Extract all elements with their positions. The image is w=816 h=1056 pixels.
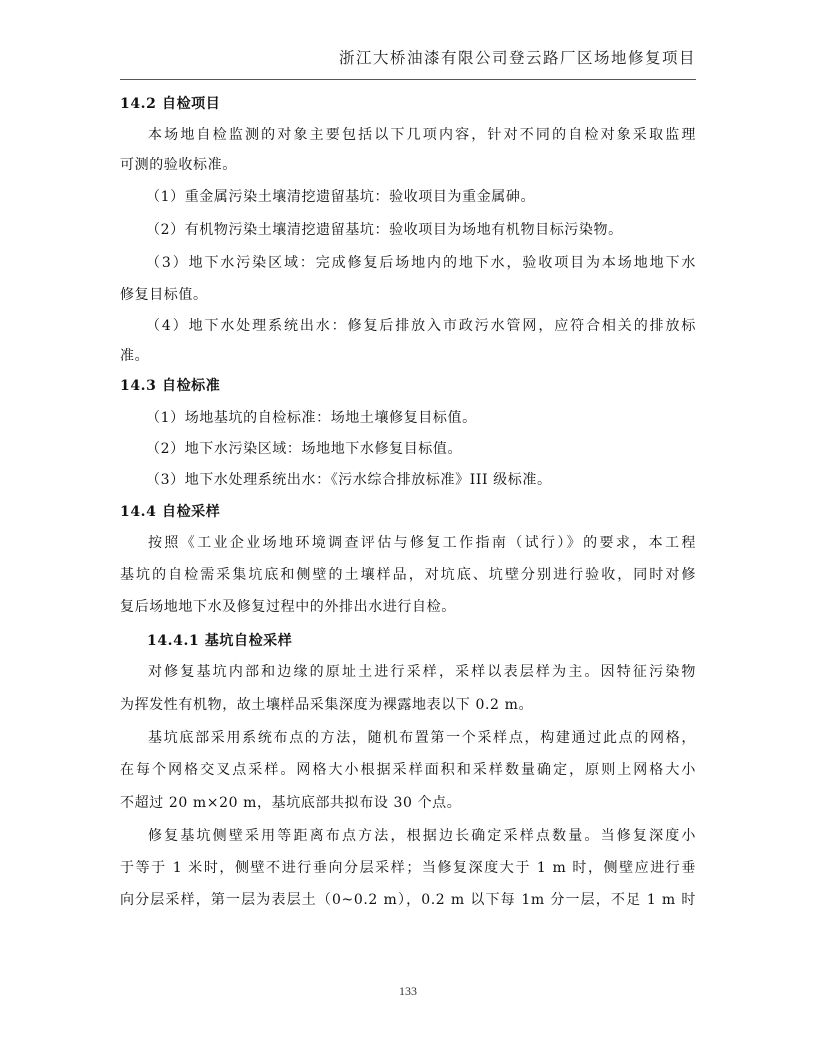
section-heading-14-4: 14.4 自检采样 — [120, 502, 696, 522]
list-item: （3）地下水处理系统出水：《污水综合排放标准》III 级标准。 — [146, 470, 722, 490]
section-heading-14-4-1: 14.4.1 基坑自检采样 — [147, 631, 723, 651]
header-divider — [120, 79, 696, 80]
paragraph-line: 准。 — [120, 346, 696, 366]
header-title: 浙江大桥油漆有限公司登云路厂区场地修复项目 — [339, 46, 696, 68]
paragraph-line: 在每个网格交叉点采样。网格大小根据采样面积和采样数量确定，原则上网格大小 — [120, 760, 696, 780]
paragraph-line: 修复目标值。 — [120, 285, 696, 305]
list-item: （2）地下水污染区域：场地地下水修复目标值。 — [146, 439, 722, 459]
paragraph-line: 为挥发性有机物，故土壤样品采集深度为裸露地表以下 0.2 m。 — [120, 695, 696, 715]
list-item: （1）重金属污染土壤清挖遗留基坑：验收项目为重金属砷。 — [146, 187, 722, 207]
page-number: 133 — [0, 984, 816, 999]
section-heading-14-2: 14.2 自检项目 — [120, 94, 696, 114]
paragraph-line: 于等于 1 米时，侧壁不进行垂向分层采样；当修复深度大于 1 m 时，侧壁应进行… — [120, 858, 696, 878]
section-heading-14-3: 14.3 自检标准 — [120, 376, 696, 396]
paragraph-line: 按照《工业企业场地环境调查评估与修复工作指南（试行）》的要求，本工程 — [148, 533, 696, 553]
paragraph-line: 复后场地地下水及修复过程中的外排出水进行自检。 — [120, 597, 696, 617]
paragraph-line: 基坑的自检需采集坑底和侧壁的土壤样品，对坑底、坑壁分别进行验收，同时对修 — [120, 565, 696, 585]
list-item: （1）场地基坑的自检标准：场地土壤修复目标值。 — [146, 408, 722, 428]
paragraph-line: 修复基坑侧壁采用等距离布点方法，根据边长确定采样点数量。当修复深度小 — [148, 826, 696, 846]
list-item: （4）地下水处理系统出水：修复后排放入市政污水管网，应符合相关的排放标 — [146, 316, 696, 336]
paragraph-line: 不超过 20 m×20 m，基坑底部共拟布设 30 个点。 — [120, 793, 696, 813]
paragraph-line: 本场地自检监测的对象主要包括以下几项内容，针对不同的自检对象采取监理 — [148, 125, 696, 145]
paragraph-line: 向分层采样，第一层为表层土（0~0.2 m），0.2 m 以下每 1m 分一层，… — [120, 890, 696, 910]
list-item: （2）有机物污染土壤清挖遗留基坑：验收项目为场地有机物目标污染物。 — [146, 220, 722, 240]
paragraph-line: 对修复基坑内部和边缘的原址土进行采样，采样以表层样为主。因特征污染物 — [148, 662, 696, 682]
list-item: （3）地下水污染区域：完成修复后场地内的地下水，验收项目为本场地地下水 — [146, 253, 696, 273]
paragraph-line: 可测的验收标准。 — [120, 155, 696, 175]
paragraph-line: 基坑底部采用系统布点的方法，随机布置第一个采样点，构建通过此点的网格， — [148, 728, 696, 748]
